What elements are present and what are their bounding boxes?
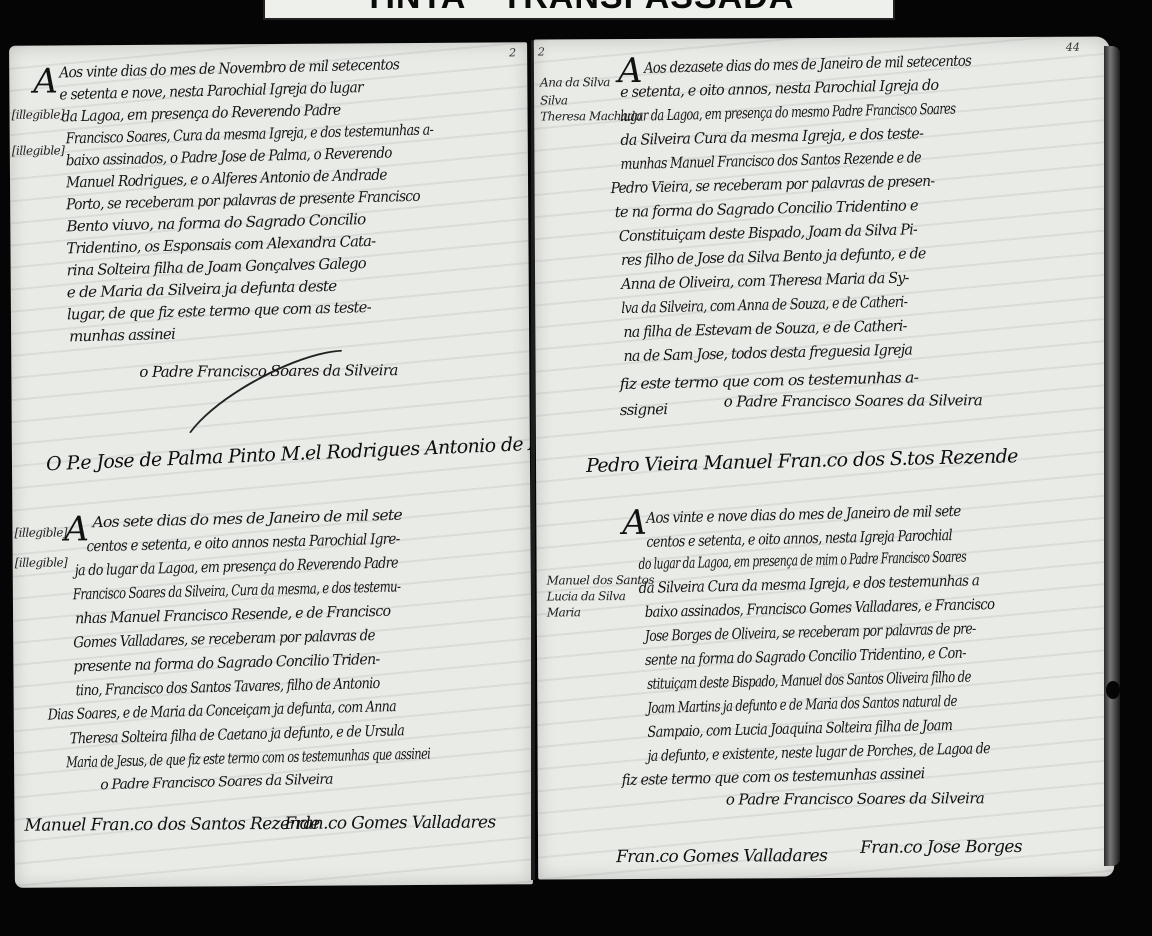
binding-mark [1106, 681, 1120, 699]
entry-line: ssignei [620, 400, 668, 419]
margin-note: Maria [547, 605, 581, 619]
margin-note: [illegible] [11, 107, 64, 121]
page-number: 2 [509, 46, 516, 59]
margin-note: Silva [540, 93, 567, 107]
priest-signature: o Padre Francisco Soares da Silveira [724, 391, 983, 410]
margin-note: [illegible] [15, 555, 68, 569]
right-page: 2 44 Ana da Silva Silva Theresa Machado … [534, 36, 1114, 879]
margin-note: Lucia da Silva [547, 589, 626, 603]
book-fore-edge [1104, 46, 1120, 866]
archive-label-text: TINTA TRANSPASSADA [364, 0, 795, 16]
margin-note: Ana da Silva [540, 75, 610, 89]
witness-signature: Manuel Fran.co dos Santos Rezende [24, 814, 319, 836]
priest-signature: o Padre Francisco Soares da Silveira [726, 789, 985, 808]
entry-line: munhas assinei [69, 325, 175, 346]
margin-note: [illegible] [12, 143, 65, 157]
witness-signature: Fran.co Gomes Valladares [616, 846, 827, 867]
drop-cap: A [64, 509, 89, 549]
drop-cap: A [33, 61, 58, 101]
witness-signature: Fran.co Gomes Valladares [284, 812, 495, 833]
left-page: 2 [illegible] [illegible] [illegible] [i… [9, 42, 533, 888]
folio-number: 44 [1066, 41, 1080, 54]
drop-cap: A [622, 503, 647, 543]
archive-label-strip: TINTA TRANSPASSADA [263, 0, 895, 20]
witness-signature: Fran.co Jose Borges [860, 837, 1022, 858]
page-number: 2 [538, 45, 545, 58]
margin-note: [illegible] [14, 525, 67, 539]
